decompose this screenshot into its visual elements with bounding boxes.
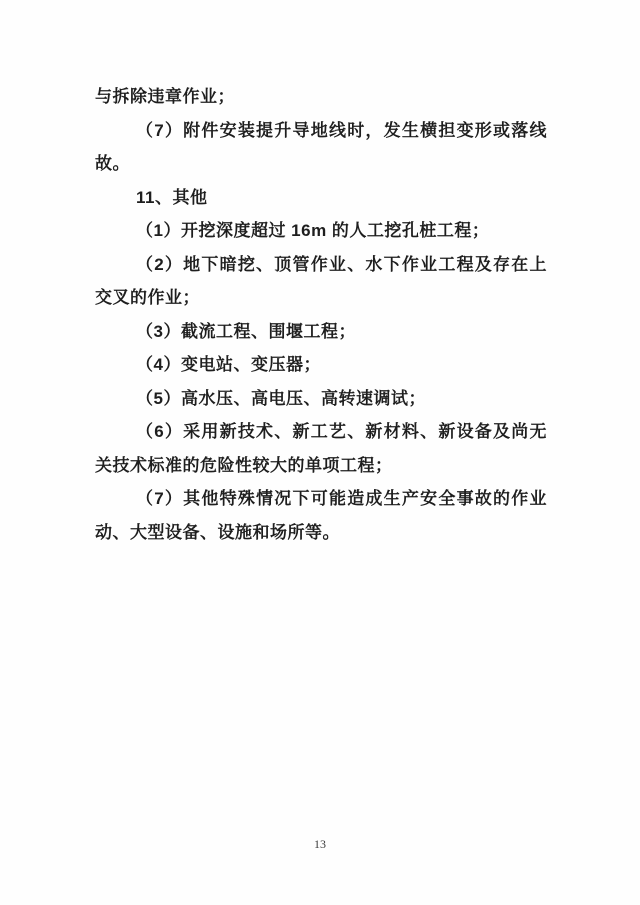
text-line: 与拆除违章作业； (95, 80, 547, 114)
text-line: 交叉的作业； (95, 281, 547, 315)
text-line: （7）其他特殊情况下可能造成生产安全事故的作业活 (95, 482, 547, 516)
section-heading: 11、其他 (95, 181, 547, 215)
text-line: （2）地下暗挖、顶管作业、水下作业工程及存在上下 (95, 248, 547, 282)
body-text: 与拆除违章作业； （7）附件安装提升导地线时，发生横担变形或落线事 故。 11、… (95, 80, 547, 549)
text-line: 故。 (95, 147, 547, 181)
text-line: （1）开挖深度超过 16m 的人工挖孔桩工程； (95, 214, 547, 248)
text-line: （7）附件安装提升导地线时，发生横担变形或落线事 (95, 114, 547, 148)
text-line: 动、大型设备、设施和场所等。 (95, 516, 547, 550)
text-line: （4）变电站、变压器； (95, 348, 547, 382)
text-line: （3）截流工程、围堰工程； (95, 315, 547, 349)
page-number: 13 (0, 837, 640, 852)
document-page: 与拆除违章作业； （7）附件安装提升导地线时，发生横担变形或落线事 故。 11、… (0, 0, 640, 905)
text-line: 关技术标准的危险性较大的单项工程； (95, 449, 547, 483)
text-line: （6）采用新技术、新工艺、新材料、新设备及尚无相 (95, 415, 547, 449)
text-line: （5）高水压、高电压、高转速调试； (95, 382, 547, 416)
